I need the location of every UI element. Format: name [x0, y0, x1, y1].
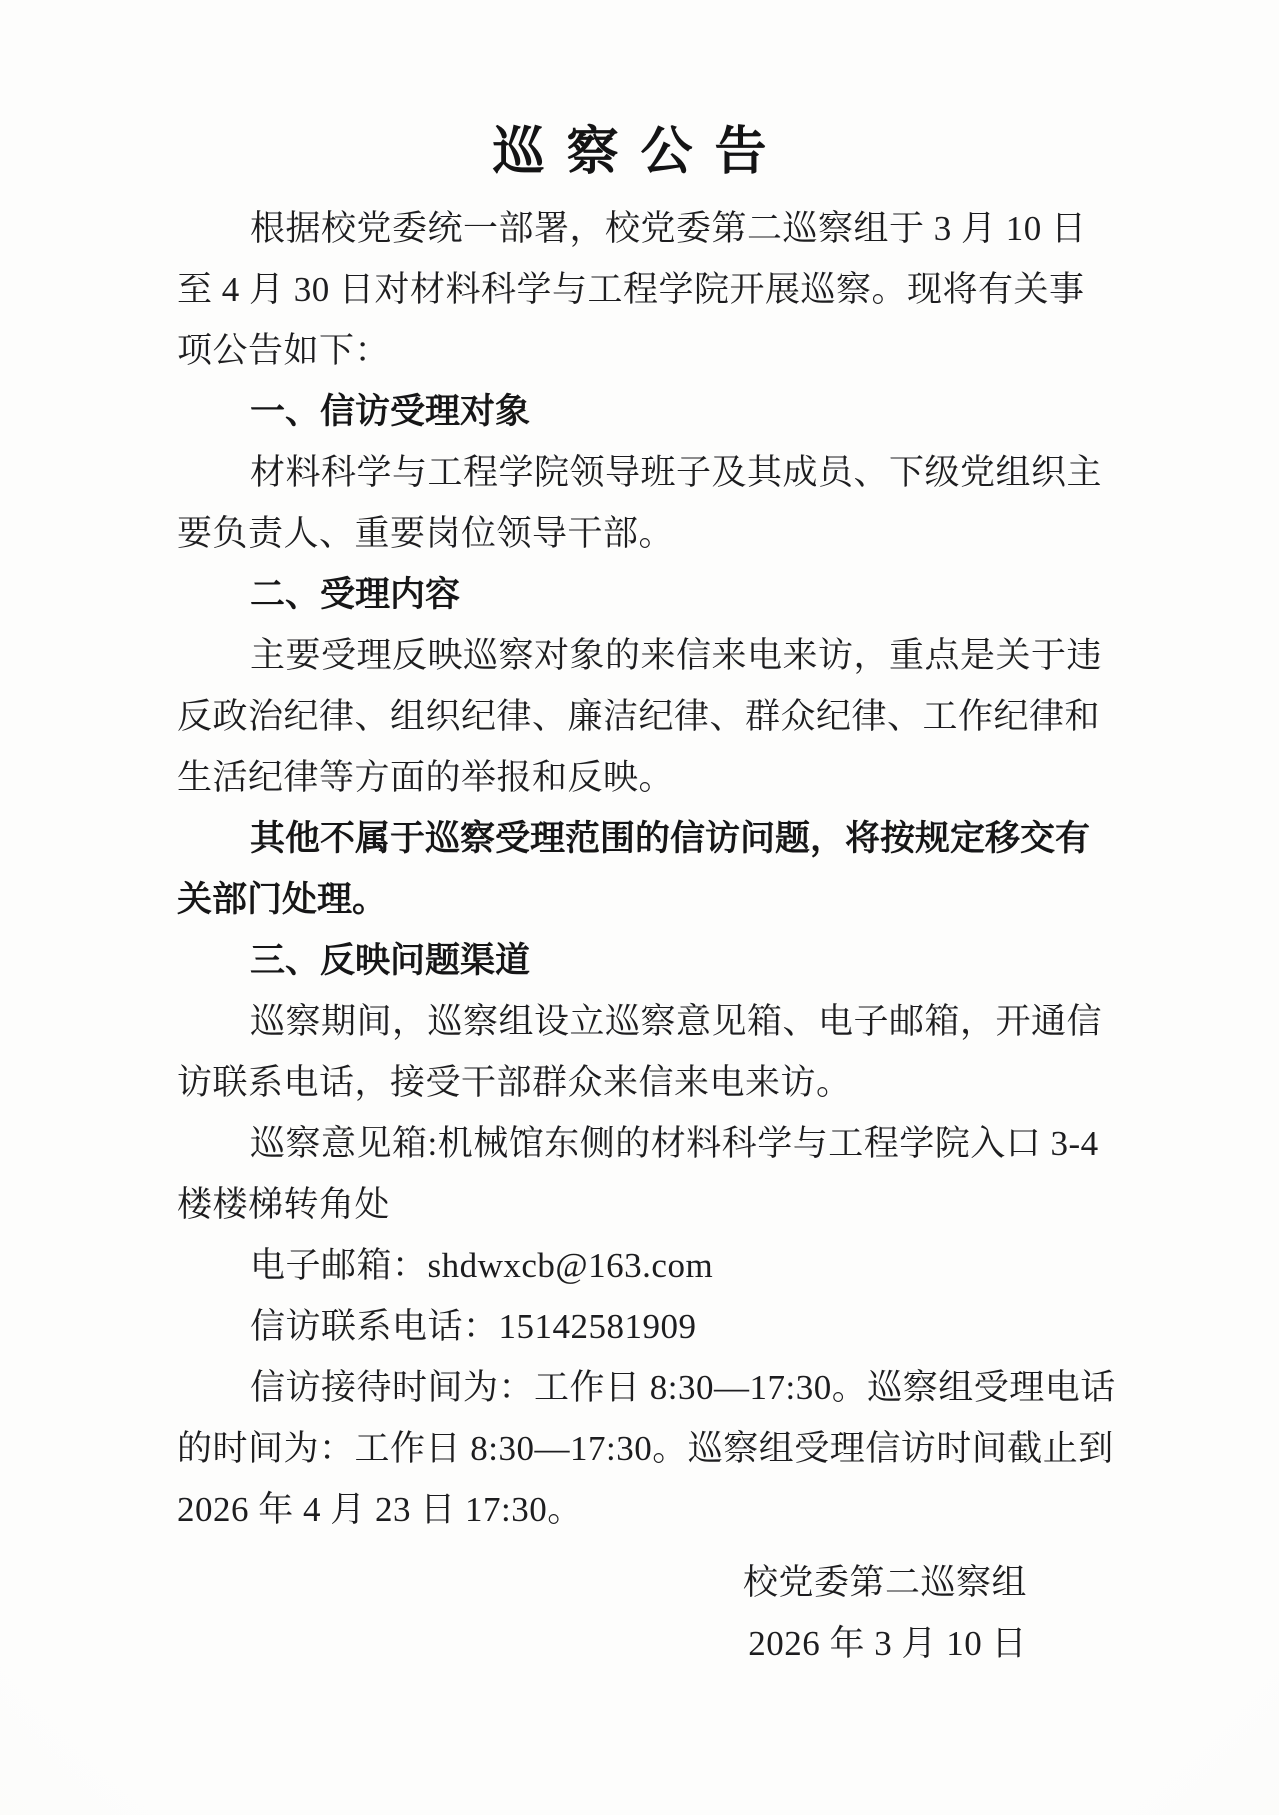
section-heading-line: 关部门处理。 — [177, 869, 1082, 930]
paragraph-line: 访联系电话，接受干部群众来信来电来访。 — [177, 1052, 1082, 1113]
paragraph-line: 项公告如下： — [177, 320, 1082, 381]
paragraph-line: 根据校党委统一部署，校党委第二巡察组于 3 月 10 日 — [177, 198, 1082, 259]
section-heading-line: 其他不属于巡察受理范围的信访问题，将按规定移交有 — [177, 808, 1082, 869]
announcement-page: 巡察公告 根据校党委统一部署，校党委第二巡察组于 3 月 10 日至 4 月 3… — [0, 0, 1279, 1815]
paragraph-line: 材料科学与工程学院领导班子及其成员、下级党组织主 — [177, 442, 1082, 503]
paragraph-line: 2026 年 4 月 23 日 17:30。 — [177, 1479, 1082, 1540]
paragraph-line: 反政治纪律、组织纪律、廉洁纪律、群众纪律、工作纪律和 — [177, 686, 1082, 747]
paragraph-line: 楼楼梯转角处 — [177, 1174, 1082, 1235]
paragraph-line: 电子邮箱：shdwxcb@163.com — [177, 1235, 1082, 1296]
section-heading-line: 一、信访受理对象 — [177, 381, 1082, 442]
paragraph-line: 信访联系电话：15142581909 — [177, 1296, 1082, 1357]
paragraph-line: 信访接待时间为：工作日 8:30—17:30。巡察组受理电话 — [177, 1357, 1082, 1418]
paragraph-line: 主要受理反映巡察对象的来信来电来访，重点是关于违 — [177, 625, 1082, 686]
paragraph-line: 的时间为：工作日 8:30—17:30。巡察组受理信访时间截止到 — [177, 1418, 1082, 1479]
section-heading-line: 二、受理内容 — [177, 564, 1082, 625]
paragraph-line: 巡察期间，巡察组设立巡察意见箱、电子邮箱，开通信 — [177, 991, 1082, 1052]
paragraph-line: 生活纪律等方面的举报和反映。 — [177, 747, 1082, 808]
paragraph-line: 至 4 月 30 日对材料科学与工程学院开展巡察。现将有关事 — [177, 259, 1082, 320]
announcement-document: 巡察公告 根据校党委统一部署，校党委第二巡察组于 3 月 10 日至 4 月 3… — [177, 108, 1082, 1674]
page-title: 巡察公告 — [177, 108, 1082, 198]
paragraph-line: 要负责人、重要岗位领导干部。 — [177, 503, 1082, 564]
paragraph-line: 巡察意见箱:机械馆东侧的材料科学与工程学院入口 3-4 — [177, 1113, 1082, 1174]
signature-line: 校党委第二巡察组 — [177, 1552, 1082, 1613]
signature-line: 2026 年 3 月 10 日 — [177, 1613, 1082, 1674]
section-heading-line: 三、反映问题渠道 — [177, 930, 1082, 991]
document-body: 根据校党委统一部署，校党委第二巡察组于 3 月 10 日至 4 月 30 日对材… — [177, 198, 1082, 1674]
